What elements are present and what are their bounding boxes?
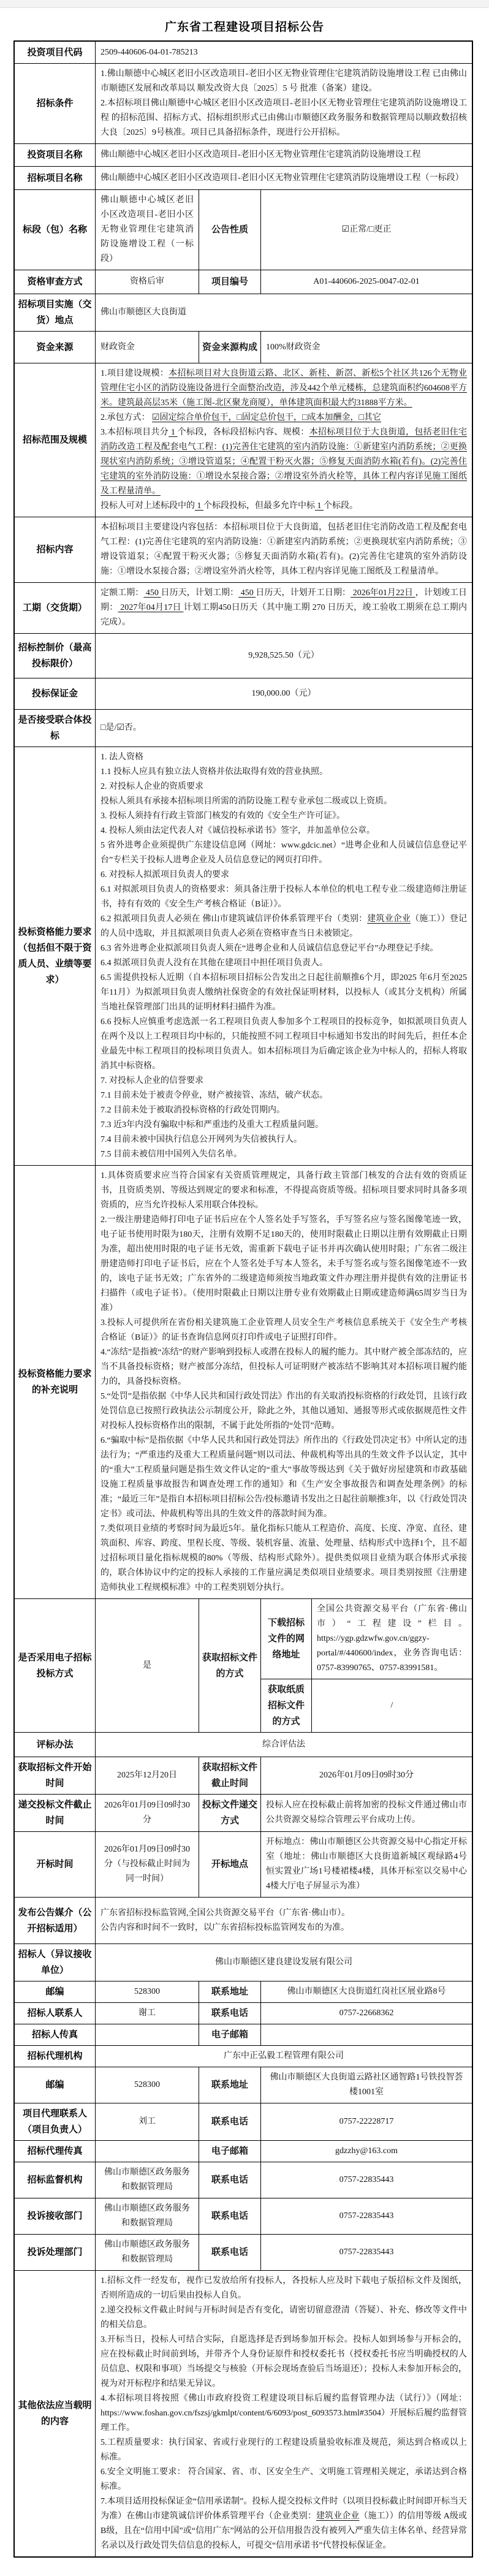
paragraph: 项目编号 — [202, 274, 258, 290]
paragraph: 获取招标文件开始时间 — [18, 1760, 92, 1791]
table-row: 投诉处理部门佛山市顺德区政务服务和数据管理局联系电话0757-22835443 — [15, 2234, 472, 2270]
cell-text: 佛山顺德中心城区老旧小区改造项目-老旧小区无物业管理住宅建筑消防设施增设工程（一… — [100, 171, 467, 186]
cell-text: 1.招标文件一经发布，视作已发放给所有投标人，各投标人应及时下载电子版招标文件及… — [100, 2274, 467, 2553]
paragraph: 0757-22835443 — [266, 2209, 467, 2224]
paragraph: 投诉处理部门 — [18, 2244, 92, 2260]
paragraph: 招标项目名称 — [18, 170, 92, 186]
paragraph: 资格审查方式 — [18, 274, 92, 290]
table-row: 招标监督机构佛山市顺德区政务服务和数据管理局联系电话0757-22835443 — [15, 2162, 472, 2198]
paragraph: 投标文件递交方式 — [202, 1797, 258, 1829]
cell-text: 联系电话 — [202, 2005, 258, 2021]
cell-text: 佛山市顺德区建良建设发展有限公司 — [100, 1955, 467, 1970]
row-value: 9,928,525.50（元） — [95, 634, 472, 678]
cell-text: 1. 法人资格1.1 投标人应具有独立法人资格并依法取得有效的营业执照。2. 对… — [100, 750, 467, 1162]
paragraph: 100%财政资金 — [266, 340, 467, 355]
cell-text: 联系电话 — [202, 2172, 258, 2188]
table-row: 招标代理传真电子邮箱gdzzhy@163.com — [15, 2140, 472, 2162]
row-label: 投资项目名称 — [15, 144, 95, 166]
table-row: 获取招标文件开始时间2025年12月20日获取招标文件截止时间2026年01月0… — [15, 1757, 472, 1794]
paragraph: 投标人应在投标截止前将加密的投标文件通过佛山市公共资源交易综合管理云平台成功上传… — [266, 1798, 467, 1828]
row-value-1: 佛山市顺德区政务服务和数据管理局 — [95, 2162, 199, 2198]
row-label: 是否接受联合体投标 — [15, 710, 95, 747]
row-label-2: 联系电话 — [199, 2003, 260, 2024]
row-value: 1.项目建设规模：本招标项目对大良街道云路、北区、新桂、新滘、新松5个社区共12… — [95, 363, 472, 517]
table-row: 邮编528300联系地址佛山市顺德区大良街道红岗社区展业路8号 — [15, 1981, 472, 2002]
cell-text: 1.项目建设规模：本招标项目对大良街道云路、北区、新桂、新滘、新松5个社区共12… — [100, 367, 467, 514]
cell-text: 联系电话 — [202, 2208, 258, 2224]
row-label: 招标项目名称 — [15, 167, 95, 189]
cell-text: 电子邮箱 — [202, 2143, 258, 2159]
cell-text: 公告性质 — [202, 222, 258, 238]
table-row: 项目代理联系人（项目负责人）刘工联系电话0757-22228717 — [15, 2103, 472, 2140]
paragraph: 投标人可对上述标段中的 1 个标段投标，但最多允许中标 1 个标段。 — [100, 499, 467, 514]
row-label: 招标监督机构 — [15, 2162, 95, 2198]
cell-text: 佛山市顺德区大良街道 — [100, 305, 467, 320]
cell-text: 投标资格能力要求（包括但不限于资质人员、业绩等要求） — [18, 924, 92, 988]
row-value-1: 谢工 — [95, 2003, 199, 2024]
cell-text: 资金来源 — [18, 340, 92, 355]
cell-text: 全国公共资源交易平台（广东省·佛山市）“工程建设”栏目。https://ygp.… — [317, 1602, 467, 1676]
row-value-1: 财政资金 — [95, 332, 199, 363]
row-label-2: 联系地址 — [199, 2067, 260, 2103]
paragraph: 2.本招标项目佛山顺德中心城区老旧小区改造项目-老旧小区无物业管理住宅建筑消防设… — [100, 96, 467, 140]
cell-text: 投标保证金 — [18, 686, 92, 702]
cell-text: ☑正常/□更正 — [266, 222, 467, 237]
paragraph: 0757-22835443 — [266, 2173, 467, 2187]
paragraph: 是否接受联合体投标 — [18, 712, 92, 744]
paragraph: 本招标项目主要建设内容包括：本招标项目位于大良街道，包括老旧住宅消防改造工程及配… — [100, 520, 467, 579]
paragraph: 5 省外进粤企业须提供广东建设信息网（网址：www.gdcic.net）“进粤企… — [100, 838, 467, 868]
cell-text: 2025年12月20日 — [100, 1768, 194, 1783]
paragraph: 7. 对投标人企业的信誉要求 — [100, 1074, 467, 1089]
paragraph: 4.“冻结”是指被“冻结”的财产影响到投标人或潜在投标人的履约能力。其中财产被全… — [100, 1345, 467, 1389]
paragraph: 0757-22835443 — [266, 2245, 467, 2260]
cell-text: 发布公告媒介（公开招标适用） — [18, 1905, 92, 1937]
row-value: 1.具体资质要求应当符合国家有关资质管理规定，具备行政主管部门核发的合法有效的资… — [95, 1166, 472, 1598]
row-label: 是否采用电子招标投标方式 — [15, 1599, 95, 1732]
row-label-2: 联系电话 — [199, 2198, 260, 2234]
row-value: 190,000.00（元） — [95, 678, 472, 709]
table-row: 招标内容本招标项目主要建设内容包括：本招标项目位于大良街道，包括老旧住宅消防改造… — [15, 517, 472, 582]
cell-text: 2509-440606-04-01-785213 — [100, 45, 467, 60]
paragraph: 电子邮箱 — [202, 2027, 258, 2043]
paragraph: 电子邮箱 — [202, 2143, 258, 2159]
paragraph: 2.递交投标文件截止时间与开标时间是否有变化，请密切留意澄清（答疑）、补充、修改… — [100, 2303, 467, 2333]
cell-text: 佛山顺德中心城区老旧小区改造项目-老旧小区无物业管理住宅建筑消防设施增设工程（一… — [100, 193, 194, 267]
cell-text: 资格审查方式 — [18, 274, 92, 290]
paragraph: 资格后审 — [100, 275, 194, 289]
row-label: 招标人传真 — [15, 2024, 95, 2045]
row-value-2: 佛山市顺德区大良街道云路社区通智路1号铁投智荟楼1001室 — [260, 2067, 472, 2103]
paragraph: 招标控制价（最高投标限价） — [18, 640, 92, 672]
row-label-2: 开标地点 — [199, 1832, 260, 1897]
row-value: 广东中正弘毅工程管理有限公司 — [95, 2046, 472, 2067]
cell-text: A01-440606-2025-0047-02-01 — [266, 275, 467, 289]
paragraph: 佛山市顺德区政务服务和数据管理局 — [100, 2202, 194, 2231]
cell-text: 2026年01月09日09时30分 — [100, 1798, 194, 1828]
paragraph: 获取招标文件的方式 — [202, 1650, 258, 1682]
cell-text: 资格后审 — [100, 275, 194, 289]
row-label-2: 公告性质 — [199, 190, 260, 270]
paragraph: 1.佛山顺德中心城区老旧小区改造项目-老旧小区无物业管理住宅建筑消防设施增设工程… — [100, 67, 467, 96]
cell-text: 招标项目实施（交货）地点 — [18, 297, 92, 329]
row-value-2: 0757-22228717 — [260, 2103, 472, 2140]
row-value: 1.佛山顺德中心城区老旧小区改造项目-老旧小区无物业管理住宅建筑消防设施增设工程… — [95, 64, 472, 143]
row-label: 招标代理传真 — [15, 2141, 95, 2162]
row-label: 投标资格能力要求的补充说明 — [15, 1166, 95, 1598]
cell-text: 投标文件递交方式 — [202, 1797, 258, 1829]
paragraph: 开标地点：佛山市顺德区公共资源交易中心指定开标室（地址：佛山市顺德区大良街道新城… — [266, 1835, 467, 1894]
cell-text: 获取招标文件截止时间 — [202, 1760, 258, 1791]
row-label: 工期（交货期） — [15, 583, 95, 633]
row-value: 1. 法人资格1.1 投标人应具有独立法人资格并依法取得有效的营业执照。2. 对… — [95, 747, 472, 1165]
paragraph: 佛山市顺德区政务服务和数据管理局 — [100, 2238, 194, 2267]
paragraph: 联系电话 — [202, 2005, 258, 2021]
paragraph: □是/☑否。 — [100, 721, 467, 735]
paragraph: 联系地址 — [202, 1984, 258, 2000]
table-row: 招标控制价（最高投标限价）9,928,525.50（元） — [15, 633, 472, 678]
cell-text: 项目编号 — [202, 274, 258, 290]
row-value-2: gdzzhy@163.com — [260, 2141, 472, 2162]
paragraph: 招标项目实施（交货）地点 — [18, 297, 92, 329]
cell-text: 招标监督机构 — [18, 2172, 92, 2188]
paragraph: 综合评估法 — [100, 1738, 467, 1752]
cell-text: 开标时间 — [18, 1856, 92, 1872]
cell-text: 工期（交货期） — [18, 600, 92, 616]
paragraph: 招标监督机构 — [18, 2172, 92, 2188]
cell-text: 0757-22228717 — [266, 2114, 467, 2129]
paragraph: 工期（交货期） — [18, 600, 92, 616]
table-row: 投诉接收部门佛山市顺德区政务服务和数据管理局联系电话0757-22835443 — [15, 2198, 472, 2234]
row-value-2: 0757-22835443 — [260, 2198, 472, 2234]
paragraph: 7.本项目适用投标保证金“信用承诺制”。投标人提交投标文件时（以项目投标截止时间… — [100, 2494, 467, 2553]
sub-row-value: / — [311, 1679, 472, 1732]
cell-text: 投标资格能力要求的补充说明 — [18, 1366, 92, 1398]
table-row: 招标项目名称佛山顺德中心城区老旧小区改造项目-老旧小区无物业管理住宅建筑消防设施… — [15, 166, 472, 189]
paragraph: 财政资金 — [100, 340, 194, 355]
row-value-1: 刘工 — [95, 2103, 199, 2140]
cell-text: 联系地址 — [202, 2077, 258, 2093]
paragraph: 联系地址 — [202, 2077, 258, 2093]
paragraph: 招标代理机构 — [18, 2048, 92, 2064]
paragraph: 邮编 — [18, 1984, 92, 2000]
cell-text: 其他依法应当载明的内容 — [18, 2398, 92, 2430]
row-value-1: 佛山市顺德区政务服务和数据管理局 — [95, 2235, 199, 2270]
paragraph: 7.4 目前未被中国执行信息公开网列为失信被执行人。 — [100, 1133, 467, 1147]
paragraph: 6.3 省外进粤企业拟派项目负责人须在“进粤企业和人员诚信信息登记平台”办理登记… — [100, 941, 467, 956]
table-row: 邮编528300联系地址佛山市顺德区大良街道云路社区通智路1号铁投智荟楼1001… — [15, 2067, 472, 2103]
row-value-1 — [95, 2141, 199, 2162]
paragraph: 递交投标文件截止时间 — [18, 1797, 92, 1829]
row-label: 投资项目代码 — [15, 42, 95, 63]
cell-text: 获取纸质招标文件的方式 — [263, 1682, 309, 1730]
paragraph: 招标人传真 — [18, 2027, 92, 2043]
paragraph: 2. 对投标人企业的资质要求 — [100, 780, 467, 794]
row-label: 获取招标文件开始时间 — [15, 1757, 95, 1794]
cell-text: 开标地点：佛山市顺德区公共资源交易中心指定开标室（地址：佛山市顺德区大良街道新城… — [266, 1835, 467, 1894]
cell-text: 联系电话 — [202, 2114, 258, 2130]
paragraph: 获取招标文件截止时间 — [202, 1760, 258, 1791]
cell-text: 刘工 — [100, 2114, 194, 2129]
paragraph: 7.1 目前未处于被责令停业，财产被接管、冻结，破产状态。 — [100, 1089, 467, 1103]
cell-text: 招标控制价（最高投标限价） — [18, 640, 92, 672]
cell-text: 标段（包）名称 — [18, 222, 92, 238]
row-value-1: 2025年12月20日 — [95, 1757, 199, 1794]
row-value: 佛山顺德中心城区老旧小区改造项目-老旧小区无物业管理住宅建筑消防设施增设工程（一… — [95, 167, 472, 189]
paragraph: 4. 投标人须由法定代表人对《诚信投标承诺书》签字，并加盖单位公章。 — [100, 824, 467, 838]
paragraph: 6.安全文明施工要求： 符合国家、省、市、区安全生产、文明施工管理相关规定，承诺… — [100, 2465, 467, 2494]
paragraph: gdzzhy@163.com — [266, 2144, 467, 2159]
paragraph: 广东中正弘毅工程管理有限公司 — [100, 2049, 467, 2064]
paragraph: 5.工程质量要求：执行国家、省或行业现行的工程建设质量验收标准及规范，须达到合格… — [100, 2436, 467, 2465]
paragraph: 投标保证金 — [18, 686, 92, 702]
paragraph: 投标人须具有承接本招标项目所需的消防设施工程专业承包二级或以上资质。 — [100, 794, 467, 809]
cell-text: 2026年01月09日09时30分 — [266, 1768, 467, 1783]
paragraph: 528300 — [100, 1985, 194, 1999]
sub-row-label: 获取纸质招标文件的方式 — [261, 1679, 311, 1732]
cell-text: 是否接受联合体投标 — [18, 712, 92, 744]
paragraph: 佛山市顺德区大良街道云路社区通智路1号铁投智荟楼1001室 — [266, 2070, 467, 2100]
paragraph: 佛山市顺德区政务服务和数据管理局 — [100, 2165, 194, 2195]
cell-text: □是/☑否。 — [100, 721, 467, 735]
row-value-1: 资格后审 — [95, 270, 199, 294]
paragraph: 佛山市顺德区大良街道 — [100, 305, 467, 320]
table-row: 投标资格能力要求的补充说明1.具体资质要求应当符合国家有关资质管理规定，具备行政… — [15, 1165, 472, 1598]
cell-text: 资金来源构成 — [202, 340, 258, 355]
cell-text: 招标人（异议接收单位） — [18, 1947, 92, 1978]
cell-text: 投标人应在投标截止前将加密的投标文件通过佛山市公共资源交易综合管理云平台成功上传… — [266, 1798, 467, 1828]
cell-text: 是否采用电子招标投标方式 — [18, 1650, 92, 1682]
paragraph: 广东省招标投标监管网,全国公共资源交易平台（广东省·佛山市）。 — [100, 1906, 467, 1921]
cell-text: 招标项目名称 — [18, 170, 92, 186]
paragraph: 投诉接收部门 — [18, 2208, 92, 2224]
row-value-2: 0757-22835443 — [260, 2162, 472, 2198]
paragraph: 0757-22668362 — [266, 2006, 467, 2021]
paragraph: 9,928,525.50（元） — [100, 648, 467, 663]
row-value-2: 2026年01月09日09时30分 — [260, 1757, 472, 1794]
paragraph: 1. 法人资格 — [100, 750, 467, 765]
paragraph: 资金来源构成 — [202, 340, 258, 355]
paragraph: 公告内容和时间不一致时，以广东省招标投标监管网发布的为准。 — [100, 1921, 467, 1936]
paragraph: 6.5 需提供投标人近期（自本招标项目招标公告发出之日起往前顺推6个月，即202… — [100, 971, 467, 1015]
cell-text: 是 — [100, 1658, 194, 1673]
cell-text: 0757-22668362 — [266, 2006, 467, 2021]
row-label: 资格审查方式 — [15, 270, 95, 294]
table-row: 招标条件1.佛山顺德中心城区老旧小区改造项目-老旧小区无物业管理住宅建筑消防设施… — [15, 63, 472, 143]
cell-text: 财政资金 — [100, 340, 194, 355]
cell-text: 广东省招标投标监管网,全国公共资源交易平台（广东省·佛山市）。公告内容和时间不一… — [100, 1906, 467, 1936]
paragraph: 佛山市顺德区大良街道红岗社区展业路8号 — [266, 1985, 467, 1999]
row-value-2: 投标人应在投标截止前将加密的投标文件通过佛山市公共资源交易综合管理云平台成功上传… — [260, 1795, 472, 1831]
paragraph: 2.承包方式： ☑固定综合单价包干，□固定总价包干，□成本加酬金，□其它 — [100, 411, 467, 425]
cell-text: 0757-22835443 — [266, 2209, 467, 2224]
row-label-2: 资金来源构成 — [199, 332, 260, 363]
cell-text: 招标条件 — [18, 96, 92, 112]
paragraph: 下载招标文件的网络地址 — [263, 1615, 309, 1663]
paragraph: 全国公共资源交易平台（广东省·佛山市）“工程建设”栏目。https://ygp.… — [317, 1602, 467, 1676]
cell-text: 佛山市顺德区大良街道云路社区通智路1号铁投智荟楼1001室 — [266, 2070, 467, 2100]
sub-row: 获取纸质招标文件的方式/ — [261, 1679, 472, 1732]
cell-text: 佛山顺德中心城区老旧小区改造项目-老旧小区无物业管理住宅建筑消防设施增设工程 — [100, 148, 467, 162]
table-row: 评标办法综合评估法 — [15, 1732, 472, 1757]
cell-text: 0757-22835443 — [266, 2245, 467, 2260]
paragraph: 邮编 — [18, 2077, 92, 2093]
row-label: 邮编 — [15, 2067, 95, 2103]
paragraph: 是 — [100, 1658, 194, 1673]
cell-text: 190,000.00（元） — [100, 686, 467, 701]
paragraph: 联系电话 — [202, 2114, 258, 2130]
cell-text: 招标代理机构 — [18, 2048, 92, 2064]
row-label-2: 联系电话 — [199, 2162, 260, 2198]
cell-text: 佛山市顺德区政务服务和数据管理局 — [100, 2165, 194, 2195]
nested-cell: 下载招标文件的网络地址全国公共资源交易平台（广东省·佛山市）“工程建设”栏目。h… — [260, 1599, 472, 1732]
paragraph: 投标资格能力要求的补充说明 — [18, 1366, 92, 1398]
row-value: 佛山顺德中心城区老旧小区改造项目-老旧小区无物业管理住宅建筑消防设施增设工程 — [95, 144, 472, 166]
row-value-2: 100%财政资金 — [260, 332, 472, 363]
table-row: 递交投标文件截止时间2026年01月09日09时30分投标文件递交方式投标人应在… — [15, 1794, 472, 1831]
table-row: 招标人传真电子邮箱 — [15, 2024, 472, 2045]
row-label: 投诉处理部门 — [15, 2235, 95, 2270]
row-value-1: 是 — [95, 1599, 199, 1732]
paragraph: 佛山顺德中心城区老旧小区改造项目-老旧小区无物业管理住宅建筑消防设施增设工程（一… — [100, 171, 467, 186]
paragraph: 0757-22228717 — [266, 2114, 467, 2129]
paragraph: 发布公告媒介（公开招标适用） — [18, 1905, 92, 1937]
cell-text: 投诉接收部门 — [18, 2208, 92, 2224]
row-value-1: 2026年01月09日09时30分（与投标截止时间为同一时间） — [95, 1832, 199, 1897]
row-label-2: 联系地址 — [199, 1981, 260, 2002]
paragraph: 标段（包）名称 — [18, 222, 92, 238]
page-title: 广东省工程建设项目招标公告 — [0, 18, 489, 34]
table-row: 投资项目名称佛山顺德中心城区老旧小区改造项目-老旧小区无物业管理住宅建筑消防设施… — [15, 143, 472, 166]
table-row: 投资项目代码2509-440606-04-01-785213 — [15, 42, 472, 63]
paragraph: 2509-440606-04-01-785213 — [100, 45, 467, 60]
table-row: 发布公告媒介（公开招标适用）广东省招标投标监管网,全国公共资源交易平台（广东省·… — [15, 1897, 472, 1943]
cell-text: 招标人传真 — [18, 2027, 92, 2043]
paragraph: 开标地点 — [202, 1856, 258, 1872]
row-label: 其他依法应当载明的内容 — [15, 2271, 95, 2556]
row-label: 招标代理机构 — [15, 2046, 95, 2067]
paragraph: 3.开标当日，投标人可结合实际，自愿选择是否到场参加开标会。投标人如到场参与开标… — [100, 2333, 467, 2392]
paragraph: 谢工 — [100, 2006, 194, 2021]
paragraph: 4.本招标项目将按照《佛山市政府投资工程建设项目标后履约监督管理办法（试行）》（… — [100, 2392, 467, 2436]
table-row: 招标范围及规模1.项目建设规模：本招标项目对大良街道云路、北区、新桂、新滘、新松… — [15, 363, 472, 517]
cell-text: 招标范围及规模 — [18, 432, 92, 448]
table-row: 资格审查方式资格后审项目编号A01-440606-2025-0047-02-01 — [15, 270, 472, 294]
paragraph: 资金来源 — [18, 340, 92, 355]
row-label-2: 项目编号 — [199, 270, 260, 294]
row-value-1: 佛山顺德中心城区老旧小区改造项目-老旧小区无物业管理住宅建筑消防设施增设工程（一… — [95, 190, 199, 270]
paragraph: 7.3 近3年内没有骗取中标和严重违约及重大工程质量问题。 — [100, 1118, 467, 1133]
row-value: 本招标项目主要建设内容包括：本招标项目位于大良街道，包括老旧住宅消防改造工程及配… — [95, 517, 472, 582]
paragraph: 7.2 目前未处于被取消投标资格的行政处罚期内。 — [100, 1103, 467, 1118]
cell-text: 0757-22835443 — [266, 2173, 467, 2187]
row-value-2: 佛山市顺德区大良街道红岗社区展业路8号 — [260, 1981, 472, 2002]
row-value-1: 528300 — [95, 1981, 199, 2002]
sub-row-value: 全国公共资源交易平台（广东省·佛山市）“工程建设”栏目。https://ygp.… — [311, 1599, 472, 1679]
row-value: 定额工期： 450 日历天，计划工期： 450 日历天，计划开工日期： 2026… — [95, 583, 472, 633]
row-value-1: 2026年01月09日09时30分 — [95, 1795, 199, 1831]
paragraph: 开标时间 — [18, 1856, 92, 1872]
row-value-2 — [260, 2024, 472, 2045]
cell-text: gdzzhy@163.com — [266, 2144, 467, 2159]
row-value-2: ☑正常/□更正 — [260, 190, 472, 270]
cell-text: 佛山市顺德区政务服务和数据管理局 — [100, 2202, 194, 2231]
paragraph: 6.6 投标人应慎重考虑选派一名工程项目负责人参加多个工程项目的投标竞争，如拟派… — [100, 1015, 467, 1074]
paragraph: 项目代理联系人（项目负责人） — [18, 2106, 92, 2138]
cell-text: 投资项目名称 — [18, 147, 92, 163]
paragraph: 6.“骗取中标”是指依据《中华人民共和国行政处罚法》所作出的《行政处罚决定书》中… — [100, 1434, 467, 1522]
cell-text: 获取招标文件开始时间 — [18, 1760, 92, 1791]
table-row: 招标代理机构广东中正弘毅工程管理有限公司 — [15, 2045, 472, 2067]
row-value: 1.招标文件一经发布，视作已发放给所有投标人，各投标人应及时下载电子版招标文件及… — [95, 2271, 472, 2556]
table-row: 工期（交货期）定额工期： 450 日历天，计划工期： 450 日历天，计划开工日… — [15, 582, 472, 633]
paragraph: 联系电话 — [202, 2244, 258, 2260]
row-label: 招标项目实施（交货）地点 — [15, 294, 95, 331]
paragraph: 2026年01月09日09时30分（与投标截止时间为同一时间） — [100, 1842, 194, 1886]
paragraph: 1.具体资质要求应当符合国家有关资质管理规定，具备行政主管部门核发的合法有效的资… — [100, 1169, 467, 1213]
cell-text: 获取招标文件的方式 — [202, 1650, 258, 1682]
cell-text: 1.佛山顺德中心城区老旧小区改造项目-老旧小区无物业管理住宅建筑消防设施增设工程… — [100, 67, 467, 140]
cell-text: / — [317, 1698, 467, 1713]
row-label: 投标保证金 — [15, 678, 95, 709]
cell-text: 递交投标文件截止时间 — [18, 1797, 92, 1829]
row-value: 佛山市顺德区建良建设发展有限公司 — [95, 1944, 472, 1981]
table-row: 招标人（异议接收单位）佛山市顺德区建良建设发展有限公司 — [15, 1943, 472, 1981]
announcement-table: 投资项目代码2509-440606-04-01-785213招标条件1.佛山顺德… — [13, 40, 473, 2558]
paragraph: 公告性质 — [202, 222, 258, 238]
cell-text: 邮编 — [18, 1984, 92, 2000]
row-label: 发布公告媒介（公开招标适用） — [15, 1898, 95, 1943]
paragraph: 联系电话 — [202, 2172, 258, 2188]
row-value-2: 开标地点：佛山市顺德区公共资源交易中心指定开标室（地址：佛山市顺德区大良街道新城… — [260, 1832, 472, 1897]
row-label-2: 电子邮箱 — [199, 2024, 260, 2045]
paragraph: 3. 投标人须持有行政主管部门核发的有效的《安全生产许可证》。 — [100, 809, 467, 824]
cell-text: 联系电话 — [202, 2244, 258, 2260]
cell-text: 1.具体资质要求应当符合国家有关资质管理规定，具备行政主管部门核发的合法有效的资… — [100, 1169, 467, 1595]
row-value: 佛山市顺德区大良街道 — [95, 294, 472, 331]
cell-text: 佛山市顺德区大良街道红岗社区展业路8号 — [266, 1985, 467, 1999]
paragraph: 评标办法 — [18, 1737, 92, 1753]
row-label: 递交投标文件截止时间 — [15, 1795, 95, 1831]
row-label: 资金来源 — [15, 332, 95, 363]
table-row: 投标资格能力要求（包括但不限于资质人员、业绩等要求）1. 法人资格1.1 投标人… — [15, 747, 472, 1165]
paragraph: 其他依法应当载明的内容 — [18, 2398, 92, 2430]
paragraph: 佛山市顺德区建良建设发展有限公司 — [100, 1955, 467, 1970]
paragraph: 2.一级注册建造师打印电子证书后应在个人签名处手写签名，手写签名应与签名图像笔迹… — [100, 1213, 467, 1316]
row-label-2: 获取招标文件截止时间 — [199, 1757, 260, 1794]
paragraph: 投标资格能力要求（包括但不限于资质人员、业绩等要求） — [18, 924, 92, 988]
paragraph: 7.5 目前未被信用中国列入失信名单。 — [100, 1147, 467, 1162]
table-row: 资金来源财政资金资金来源构成100%财政资金 — [15, 331, 472, 363]
paragraph: 7.类似项目业绩的考察时间为最近5年。量化指标只能从工程造价、高度、长度、净宽、… — [100, 1522, 467, 1595]
row-label-2: 获取招标文件的方式 — [199, 1599, 260, 1732]
row-label: 开标时间 — [15, 1832, 95, 1897]
cell-text: 100%财政资金 — [266, 340, 467, 355]
row-label: 招标范围及规模 — [15, 363, 95, 517]
cell-text: 2026年01月09日09时30分（与投标截止时间为同一时间） — [100, 1842, 194, 1886]
paragraph: 1.1 投标人应具有独立法人资格并依法取得有效的营业执照。 — [100, 765, 467, 780]
cell-text: 评标办法 — [18, 1737, 92, 1753]
row-label-2: 电子邮箱 — [199, 2141, 260, 2162]
cell-text: 下载招标文件的网络地址 — [263, 1615, 309, 1663]
row-value: □是/☑否。 — [95, 710, 472, 747]
row-label: 投标资格能力要求（包括但不限于资质人员、业绩等要求） — [15, 747, 95, 1165]
paragraph: 是否采用电子招标投标方式 — [18, 1650, 92, 1682]
paragraph: 2026年01月09日09时30分 — [100, 1798, 194, 1828]
row-label: 招标人联系人 — [15, 2003, 95, 2024]
table-row: 是否采用电子招标投标方式是获取招标文件的方式下载招标文件的网络地址全国公共资源交… — [15, 1598, 472, 1732]
cell-text: 招标代理传真 — [18, 2143, 92, 2159]
